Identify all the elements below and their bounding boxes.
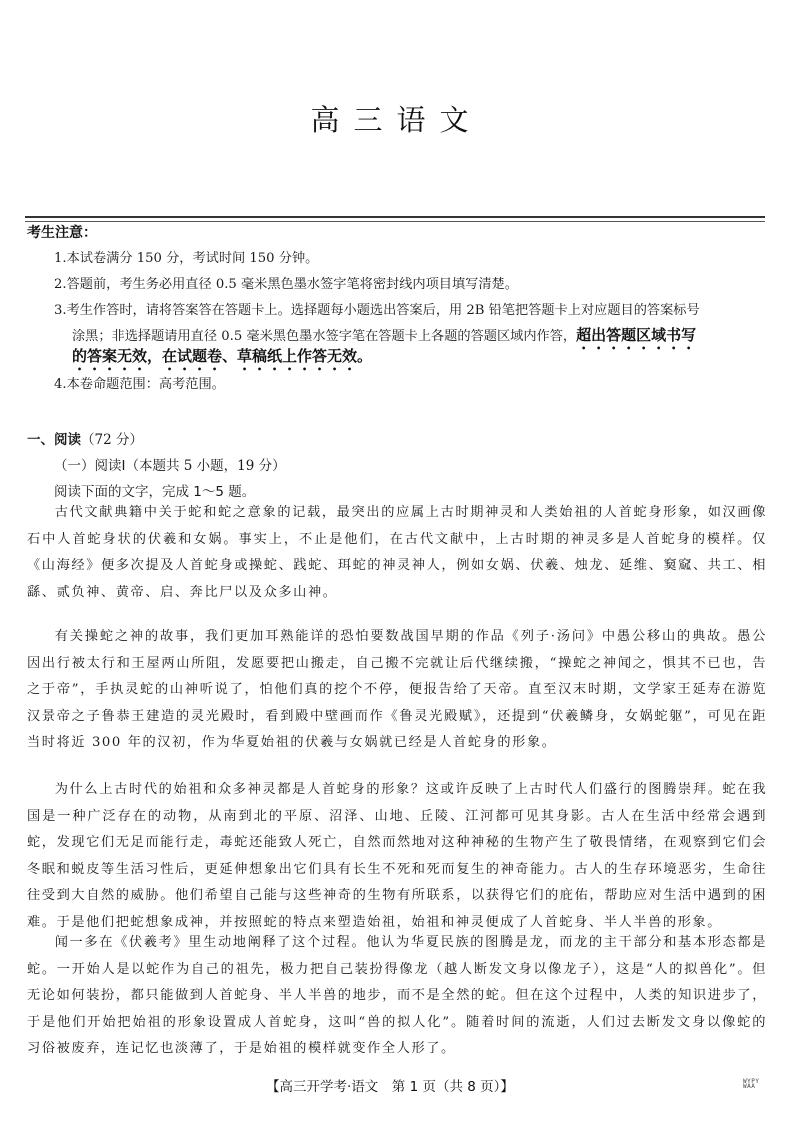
note-item-1: 1.本试卷满分 150 分，考试时间 150 分钟。 — [54, 247, 318, 266]
note-item-4: 4.本卷命题范围：高考范围。 — [54, 373, 225, 392]
page-footer: 【高三开学考·语文 第 1 页（共 8 页）】 — [266, 1075, 514, 1095]
notes-heading: 考生注意： — [27, 222, 97, 242]
subsection-heading-detail: （本题共 5 小题，19 分） — [125, 458, 285, 474]
note-item-2: 2.答题前，考生务必用直径 0.5 毫米黑色墨水签字笔将密封线内项目填写清楚。 — [54, 273, 518, 292]
header-divider — [25, 216, 765, 222]
reading-instruction: 阅读下面的文字，完成 1～5 题。 — [54, 480, 255, 500]
note-item-3-emphasis-text: 超出答题区域书写 — [576, 326, 696, 344]
passage-paragraph-3: 为什么上古时代的始祖和众多神灵都是人首蛇身的形象？这或许反映了上古时代人们盛行的… — [27, 777, 767, 937]
corner-code: WYPY WAA — [743, 1079, 759, 1089]
passage-paragraph-4: 闻一多在《伏羲考》里生动地阐释了这个过程。他认为华夏民族的图腾是龙，而龙的主干部… — [27, 930, 767, 1063]
note-item-3-line-3-emphasis: 的答案无效，在试题卷、草稿纸上作答无效。 — [72, 345, 372, 374]
section-heading-title: 一、阅读 — [27, 432, 81, 448]
note-item-3: 3.考生作答时，请将答案答在答题卡上。选择题每小题选出答案后，用 2B 铅笔把答… — [54, 299, 700, 318]
section-heading: 一、阅读（72 分） — [27, 428, 143, 448]
passage-paragraph-1: 古代文献典籍中关于蛇和蛇之意象的记载，最突出的应属上古时期神灵和人类始祖的人首蛇… — [27, 500, 767, 606]
subsection-heading-title: （一）阅读Ⅰ — [54, 458, 125, 474]
section-heading-score: （72 分） — [81, 432, 143, 448]
subsection-heading: （一）阅读Ⅰ（本题共 5 小题，19 分） — [54, 454, 286, 474]
passage-paragraph-2: 有关操蛇之神的故事，我们更加耳熟能详的恐怕要数战国早期的作品《列子·汤问》中愚公… — [27, 624, 767, 757]
document-title: 高三语文 — [0, 98, 793, 139]
note-item-3-plain-text: 涂黑；非选择题请用直径 0.5 毫米黑色墨水签字笔在答题卡上各题的答题区域内作答… — [72, 329, 576, 344]
